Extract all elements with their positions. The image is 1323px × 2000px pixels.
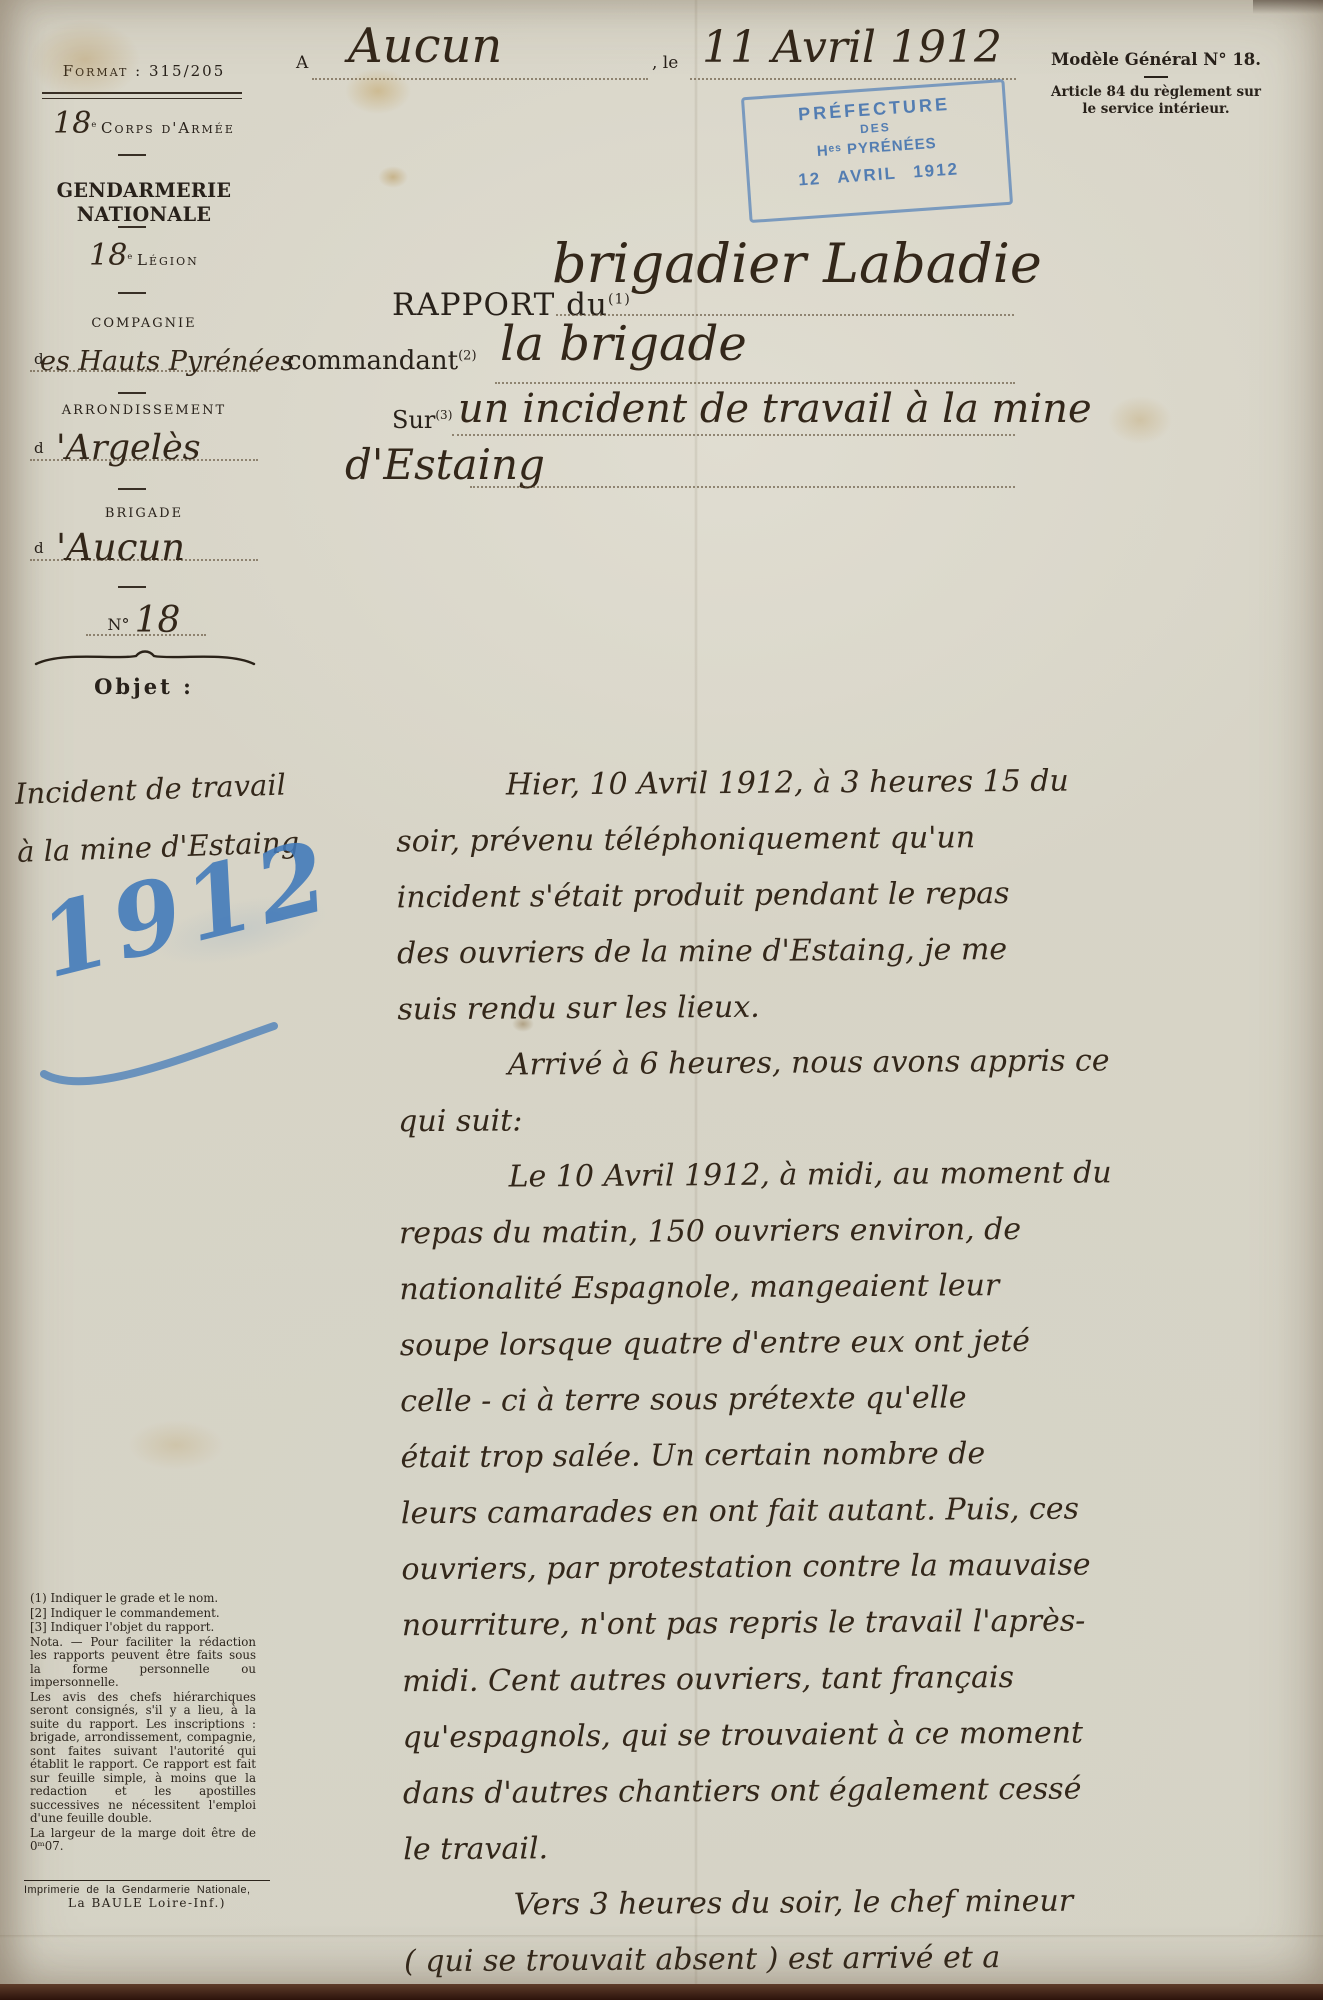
legion-number: 18: [89, 238, 127, 273]
imprint-line: Imprimerie de la Gendarmerie Nationale,: [24, 1884, 270, 1896]
arrondissement-value: 'Argelès: [56, 428, 201, 468]
divider-dash: [118, 392, 146, 394]
body-line: leurs camarades en ont fait autant. Puis…: [401, 1482, 1061, 1543]
divider-dash: [118, 154, 146, 156]
article-note: Article 84 du règlement sur le service i…: [1015, 84, 1297, 118]
imprint: Imprimerie de la Gendarmerie Nationale, …: [24, 1880, 270, 1910]
body-line: ouvriers, par protestation contre la mau…: [401, 1538, 1061, 1599]
body-line: Vers 3 heures du soir, le chef mineur: [404, 1874, 1064, 1935]
place-value: Aucun: [348, 18, 502, 74]
body-line: incident s'était produit pendant le repa…: [396, 866, 1056, 927]
arrondissement-field: d 'Argelès: [30, 414, 258, 461]
footnote: Les avis des chefs hiérarchiques seront …: [30, 1691, 256, 1826]
dotted-line: [86, 634, 206, 636]
body-line: Hier, 10 Avril 1912, à 3 heures 15 du: [396, 754, 1056, 815]
body-line: dans d'autres chantiers ont également ce…: [403, 1762, 1063, 1823]
brigade-field: d 'Aucun: [30, 518, 258, 561]
dotted-line: [452, 434, 1015, 436]
body-line: Arrivé à 6 heures, nous avons appris ce: [398, 1034, 1058, 1095]
dotted-line: [690, 78, 1016, 80]
compagnie-field: d es Hauts Pyrénées: [30, 332, 258, 372]
divider-dash: [118, 488, 146, 490]
objet-note-line: Incident de travail: [14, 755, 298, 823]
dotted-line: [470, 486, 1015, 488]
paper-stain: [1108, 396, 1172, 444]
institution-name: GENDARMERIE NATIONALE: [33, 178, 256, 226]
body-line: midi. Cent autres ouvriers, tant françai…: [402, 1650, 1062, 1711]
commandant-value: la brigade: [500, 316, 747, 372]
commandant-label: commandant(2): [287, 346, 477, 376]
modele-block: Modèle Général N° 18. Article 84 du règl…: [1015, 50, 1297, 118]
body-line: des ouvriers de la mine d'Estaing, je me: [397, 922, 1057, 983]
divider-dash: [118, 292, 146, 294]
format-label: Format : 315/205: [28, 62, 260, 80]
place-prefix: A: [296, 53, 308, 73]
body-line: suis rendu sur les lieux.: [397, 978, 1057, 1039]
body-line: nourriture, n'ont pas repris le travail …: [402, 1594, 1062, 1655]
top-edge-shadow: [1253, 0, 1323, 14]
footnote: (1) Indiquer le grade et le nom.: [30, 1592, 256, 1606]
corps-line: 18e Corps d'Armée: [28, 106, 260, 141]
corps-number: 18: [53, 106, 91, 141]
body-line: le travail.: [403, 1818, 1063, 1879]
divider-dash: [1144, 76, 1168, 78]
legion-line: 18e Légion: [28, 238, 260, 273]
body-line: celle - ci à terre sous prétexte qu'elle: [400, 1370, 1060, 1431]
body-line: repas du matin, 150 ouvriers environ, de: [399, 1202, 1059, 1263]
body-line: ( qui se trouvait absent ) est arrivé et…: [404, 1930, 1064, 1991]
footnote: Nota. — Pour faciliter la rédaction les …: [30, 1636, 256, 1690]
numero-line: N° 18: [28, 598, 260, 638]
dotted-line: [495, 382, 1015, 384]
compagnie-value: es Hauts Pyrénées: [40, 346, 294, 377]
legion-label: Légion: [137, 251, 199, 269]
divider-dash: [118, 226, 146, 228]
footnote: La largeur de la marge doit être de 0ᵐ07…: [30, 1827, 256, 1854]
dotted-line: [312, 78, 648, 80]
prefecture-stamp: PRÉFECTURE DES Hᵉˢ PYRÉNÉES 12 AVRIL 191…: [741, 79, 1013, 223]
date-prefix: , le: [652, 53, 678, 73]
sur-value: un incident de travail à la mine: [458, 386, 1092, 432]
year-underline-flourish: [34, 996, 284, 1106]
rapport-value: brigadier Labadie: [552, 232, 1042, 295]
numero-label: N°: [108, 615, 130, 634]
modele-label: Modèle Général N° 18.: [1015, 50, 1297, 69]
body-line: soir, prévenu téléphoniquement qu'un: [396, 810, 1056, 871]
body-line: qui suit:: [398, 1090, 1058, 1151]
footnote: [2] Indiquer le commandement.: [30, 1607, 256, 1621]
compagnie-label: COMPAGNIE: [28, 316, 260, 331]
sur-value-line2: d'Estaing: [345, 440, 545, 489]
paper-stain: [378, 166, 408, 188]
scanned-report-page: Format : 315/205 18e Corps d'Armée GENDA…: [0, 0, 1323, 2000]
body-text: Hier, 10 Avril 1912, à 3 heures 15 du so…: [396, 754, 1065, 1991]
imprint-line: La BAULE Loire-Inf.): [24, 1896, 270, 1910]
paper-stain: [345, 68, 411, 114]
body-line: Le 10 Avril 1912, à midi, au moment du: [398, 1146, 1058, 1207]
footnotes: (1) Indiquer le grade et le nom. [2] Ind…: [30, 1592, 256, 1855]
body-line: soupe lorsque quatre d'entre eux ont jet…: [400, 1314, 1060, 1375]
date-value: 11 Avril 1912: [702, 22, 1002, 73]
paper-stain: [30, 20, 140, 100]
sur-ref: (3): [435, 408, 452, 422]
divider-dash: [118, 586, 146, 588]
double-rule: [42, 92, 242, 99]
objet-label: Objet :: [28, 674, 260, 699]
body-line: nationalité Espagnole, mangeaient leur: [399, 1258, 1059, 1319]
brace-divider: [32, 648, 258, 668]
commandant-ref: (2): [458, 348, 476, 363]
sur-label: Sur(3): [392, 406, 452, 434]
corps-label: Corps d'Armée: [101, 119, 235, 137]
brigade-value: 'Aucun: [56, 526, 185, 569]
footnote: [3] Indiquer l'objet du rapport.: [30, 1621, 256, 1635]
body-line: était trop salée. Un certain nombre de: [400, 1426, 1060, 1487]
paper-stain: [128, 1420, 224, 1470]
body-line: qu'espagnols, qui se trouvaient à ce mom…: [402, 1706, 1062, 1767]
